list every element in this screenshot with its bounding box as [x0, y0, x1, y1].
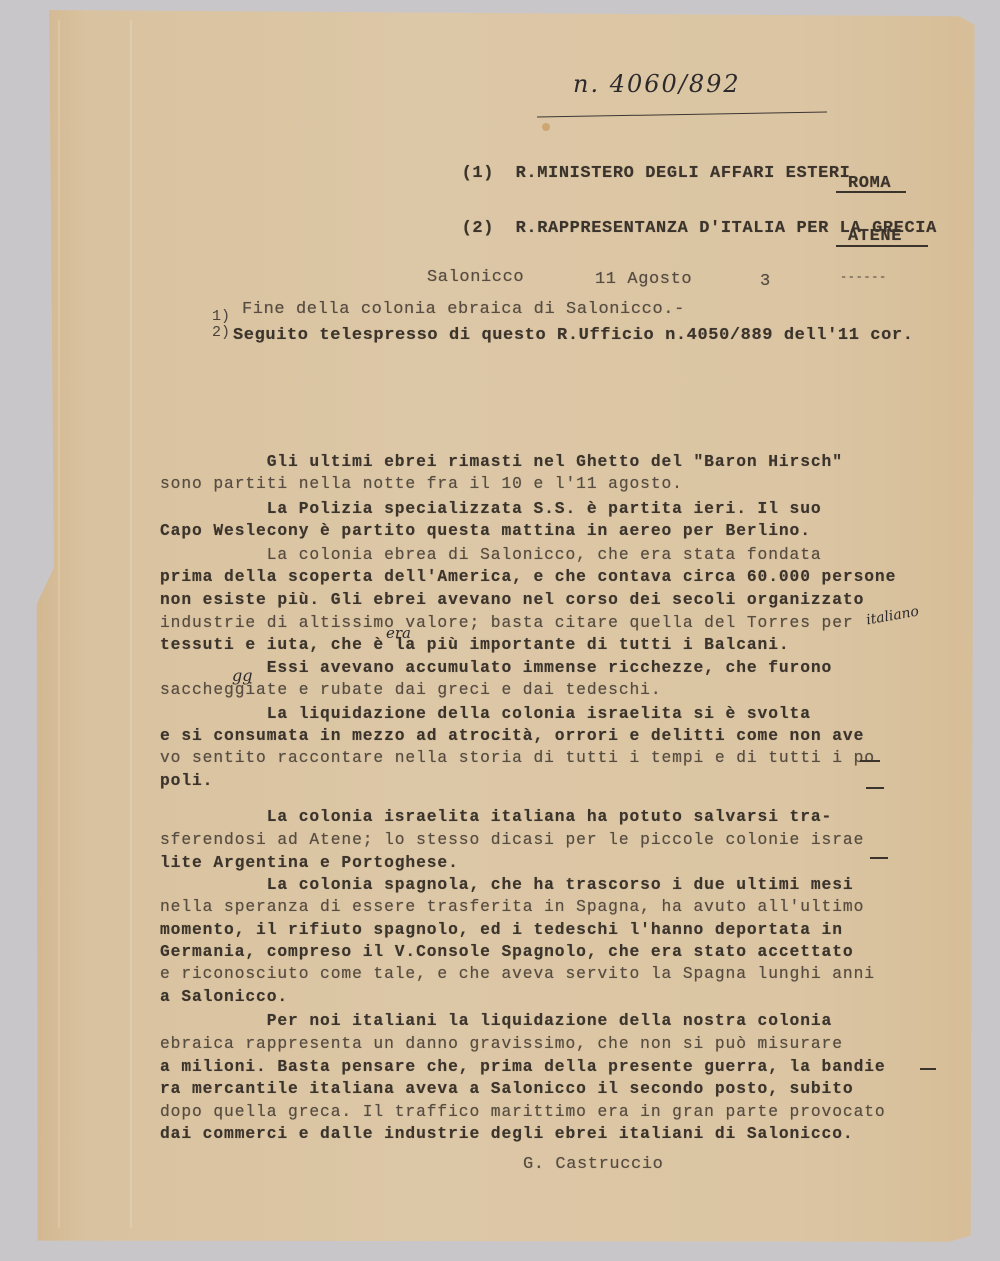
body-line: sono partiti nella notte fra il 10 e l'1… — [160, 474, 683, 493]
underline — [860, 760, 880, 762]
date-dash: ------ — [840, 270, 887, 284]
recipient-number: (1) — [462, 164, 494, 183]
body-line: dopo quella greca. Il traffico marittimo… — [160, 1102, 886, 1121]
paper-fold — [130, 20, 132, 1228]
body-line: ra mercantile italiana aveva a Salonicco… — [160, 1079, 854, 1098]
body-line: La Polizia specializzata S.S. è partita … — [160, 499, 822, 518]
body-line: industrie di altissimo valore; basta cit… — [160, 613, 854, 632]
body-line: vo sentito raccontare nella storia di tu… — [160, 748, 875, 767]
recipient-name: R.MINISTERO DEGLI AFFARI ESTERI — [516, 164, 851, 183]
recipient-number: (2) — [462, 219, 494, 238]
body-line: La colonia ebrea di Salonicco, che era s… — [160, 545, 822, 564]
subject-marker-1: 1) — [212, 310, 230, 323]
body-line: Germania, compreso il V.Console Spagnolo… — [160, 942, 854, 961]
body-line: Per noi italiani la liquidazione della n… — [160, 1011, 832, 1030]
protocol-number: n. 4060/892 — [573, 70, 741, 98]
date: 11 Agosto — [595, 270, 692, 289]
body-line: momento, il rifiuto spagnolo, ed i tedes… — [160, 920, 843, 939]
body-line: prima della scoperta dell'America, e che… — [160, 567, 896, 586]
underline — [836, 245, 928, 247]
signature: G. Castruccio — [523, 1155, 663, 1174]
underline — [920, 1068, 936, 1070]
body-line: e riconosciuto come tale, e che aveva se… — [160, 964, 875, 983]
subject-line-2: Seguito telespresso di questo R.Ufficio … — [233, 326, 914, 345]
body-line: La colonia israelita italiana ha potuto … — [160, 807, 832, 826]
body-line: tessuti e iuta, che è la più importante … — [160, 635, 790, 654]
underline — [836, 191, 906, 193]
handwritten-correction-gg: gg — [232, 666, 252, 685]
body-line: Essi avevano accumulato immense ricchezz… — [160, 658, 832, 677]
body-line: poli. — [160, 771, 213, 790]
subject-marker-2: 2) — [212, 326, 230, 339]
body-line: sferendosi ad Atene; lo stesso dicasi pe… — [160, 830, 864, 849]
recipient-1: (1) R.MINISTERO DEGLI AFFARI ESTERI — [440, 145, 850, 183]
body-line: La colonia spagnola, che ha trascorso i … — [160, 875, 854, 894]
body-line: Gli ultimi ebrei rimasti nel Ghetto del … — [160, 452, 843, 471]
subject-line-1: Fine della colonia ebraica di Salonicco.… — [242, 300, 685, 319]
body-line: nella speranza di essere trasferita in S… — [160, 897, 864, 916]
body-line: lite Argentina e Portoghese. — [160, 853, 459, 872]
body-line: dai commerci e dalle industrie degli ebr… — [160, 1124, 854, 1143]
body-line: non esiste più. Gli ebrei avevano nel co… — [160, 590, 864, 609]
body-line: Capo Weslecony è partito questa mattina … — [160, 521, 811, 540]
recipient-2-city: ATENE — [848, 227, 902, 246]
body-line: e si consumata in mezzo ad atrocità, orr… — [160, 726, 864, 745]
body-line: La liquidazione della colonia israelita … — [160, 704, 811, 723]
body-line: a Salonicco. — [160, 987, 288, 1006]
ink-stain — [542, 123, 550, 131]
paper-fold — [58, 20, 60, 1228]
underline — [870, 857, 888, 859]
year-fragment: 3 — [760, 272, 771, 291]
body-line: ebraica rappresenta un danno gravissimo,… — [160, 1034, 843, 1053]
body-line: a milioni. Basta pensare che, prima dell… — [160, 1057, 886, 1076]
handwritten-correction-era: era — [386, 624, 411, 642]
underline — [866, 787, 884, 789]
place: Salonicco — [427, 268, 524, 287]
